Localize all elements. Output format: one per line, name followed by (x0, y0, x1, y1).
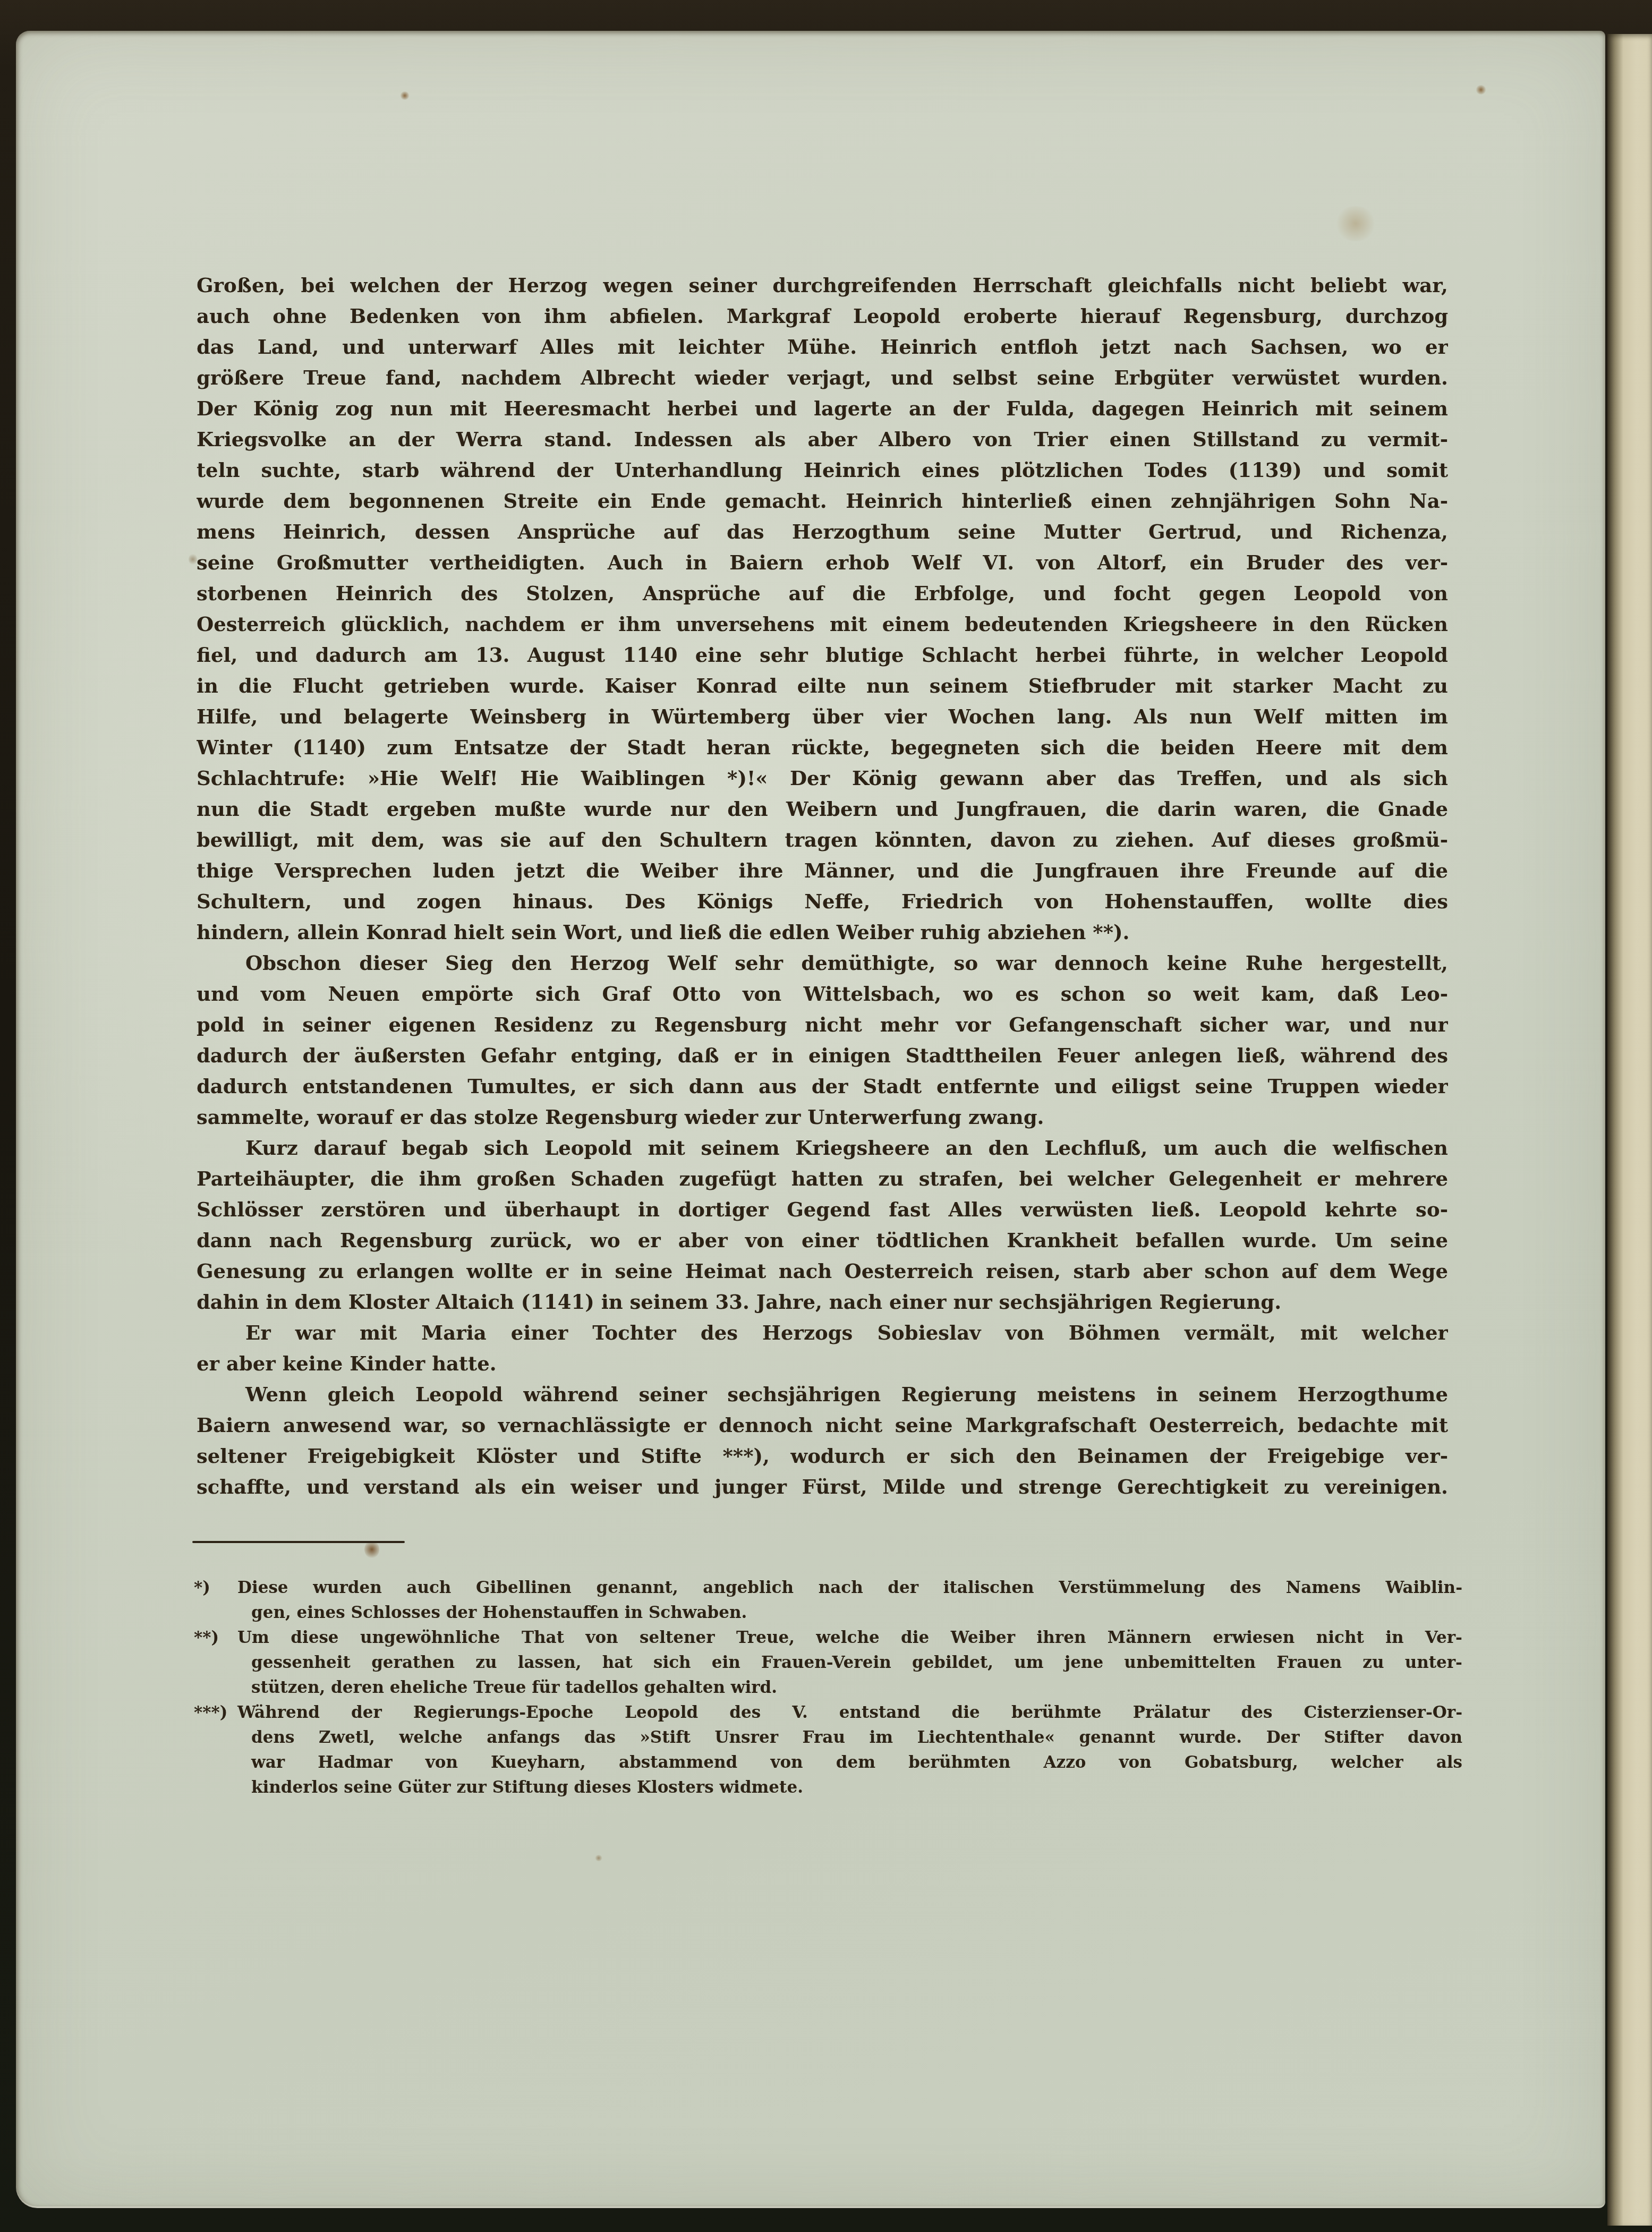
body-line: seltener Freigebigkeit Klöster und Stift… (197, 1441, 1448, 1471)
footnote-separator (192, 1541, 405, 1543)
footnote-marker: *) (194, 1575, 232, 1600)
body-line: auch ohne Bedenken von ihm abfielen. Mar… (197, 301, 1448, 331)
body-line: Genesung zu erlangen wollte er in seine … (197, 1256, 1448, 1287)
footnote-marker: **) (194, 1625, 232, 1650)
body-line: Der König zog nun mit Heeresmacht herbei… (197, 393, 1448, 424)
body-line: dahin in dem Kloster Altaich (1141) in s… (197, 1287, 1448, 1317)
footnote-text: Um diese ungewöhnliche That von seltener… (237, 1628, 1462, 1647)
body-line: in die Flucht getrieben wurde. Kaiser Ko… (197, 670, 1448, 701)
footnote-line: stützen, deren eheliche Treue für tadell… (194, 1675, 1462, 1700)
body-line: Er war mit Maria einer Tochter des Herzo… (197, 1317, 1448, 1348)
body-line: mens Heinrich, dessen Ansprüche auf das … (197, 516, 1448, 547)
adjacent-page-edge (1607, 34, 1652, 2226)
body-line: Wenn gleich Leopold während seiner sechs… (197, 1379, 1448, 1410)
body-line: nun die Stadt ergeben mußte wurde nur de… (197, 794, 1448, 824)
body-line: Hilfe, und belagerte Weinsberg in Würtem… (197, 701, 1448, 732)
photo-background: Großen, bei welchen der Herzog wegen sei… (0, 0, 1652, 2232)
footnotes: *)Diese wurden auch Gibellinen genannt, … (194, 1575, 1462, 1800)
body-line: Kurz darauf begab sich Leopold mit seine… (197, 1132, 1448, 1163)
body-line: teln suchte, starb während der Unterhand… (197, 455, 1448, 485)
footnote-marker: ***) (194, 1700, 232, 1725)
footnote-line: dens Zwetl, welche anfangs das »Stift Un… (194, 1725, 1462, 1750)
footnote-line: war Hadmar von Kueyharn, abstammend von … (194, 1750, 1462, 1775)
body-line: seine Großmutter vertheidigten. Auch in … (197, 547, 1448, 578)
body-line: das Land, und unterwarf Alles mit leicht… (197, 331, 1448, 362)
body-line: Baiern anwesend war, so vernachlässigte … (197, 1410, 1448, 1441)
body-line: thige Versprechen luden jetzt die Weiber… (197, 855, 1448, 886)
footnote-text: Diese wurden auch Gibellinen genannt, an… (237, 1578, 1462, 1597)
footnote-line: gen, eines Schlosses der Hohenstauffen i… (194, 1600, 1462, 1625)
body-line: dadurch der äußersten Gefahr entging, da… (197, 1040, 1448, 1071)
footnote-line: ***)Während der Regierungs-Epoche Leopol… (194, 1700, 1462, 1725)
body-line: Schlachtrufe: »Hie Welf! Hie Waiblingen … (197, 763, 1448, 794)
body-line: storbenen Heinrich des Stolzen, Ansprüch… (197, 578, 1448, 609)
body-line: Obschon dieser Sieg den Herzog Welf sehr… (197, 948, 1448, 978)
body-line: und vom Neuen empörte sich Graf Otto von… (197, 978, 1448, 1009)
body-line: schaffte, und verstand als ein weiser un… (197, 1471, 1448, 1502)
body-line: sammelte, worauf er das stolze Regensbur… (197, 1102, 1448, 1132)
footnote-line: *)Diese wurden auch Gibellinen genannt, … (194, 1575, 1462, 1600)
footnote-line: **)Um diese ungewöhnliche That von selte… (194, 1625, 1462, 1650)
body-line: er aber keine Kinder hatte. (197, 1348, 1448, 1379)
footnote-line: kinderlos seine Güter zur Stiftung diese… (194, 1775, 1462, 1800)
body-line: hindern, allein Konrad hielt sein Wort, … (197, 917, 1448, 948)
body-line: Oesterreich glücklich, nachdem er ihm un… (197, 609, 1448, 640)
body-line: dann nach Regensburg zurück, wo er aber … (197, 1225, 1448, 1256)
body-line: fiel, und dadurch am 13. August 1140 ein… (197, 640, 1448, 670)
body-text: Großen, bei welchen der Herzog wegen sei… (197, 270, 1448, 1502)
body-line: Schultern, und zogen hinaus. Des Königs … (197, 886, 1448, 917)
body-line: bewilligt, mit dem, was sie auf den Schu… (197, 824, 1448, 855)
body-line: Winter (1140) zum Entsatze der Stadt her… (197, 732, 1448, 763)
footnote-text: Während der Regierungs-Epoche Leopold de… (237, 1703, 1462, 1722)
body-line: größere Treue fand, nachdem Albrecht wie… (197, 362, 1448, 393)
body-line: dadurch entstandenen Tumultes, er sich d… (197, 1071, 1448, 1102)
body-line: Schlösser zerstören und überhaupt in dor… (197, 1194, 1448, 1225)
body-line: pold in seiner eigenen Residenz zu Regen… (197, 1009, 1448, 1040)
body-line: wurde dem begonnenen Streite ein Ende ge… (197, 485, 1448, 516)
body-line: Kriegsvolke an der Werra stand. Indessen… (197, 424, 1448, 455)
body-line: Großen, bei welchen der Herzog wegen sei… (197, 270, 1448, 301)
footnote-line: gessenheit gerathen zu lassen, hat sich … (194, 1650, 1462, 1675)
body-line: Parteihäupter, die ihm großen Schaden zu… (197, 1163, 1448, 1194)
